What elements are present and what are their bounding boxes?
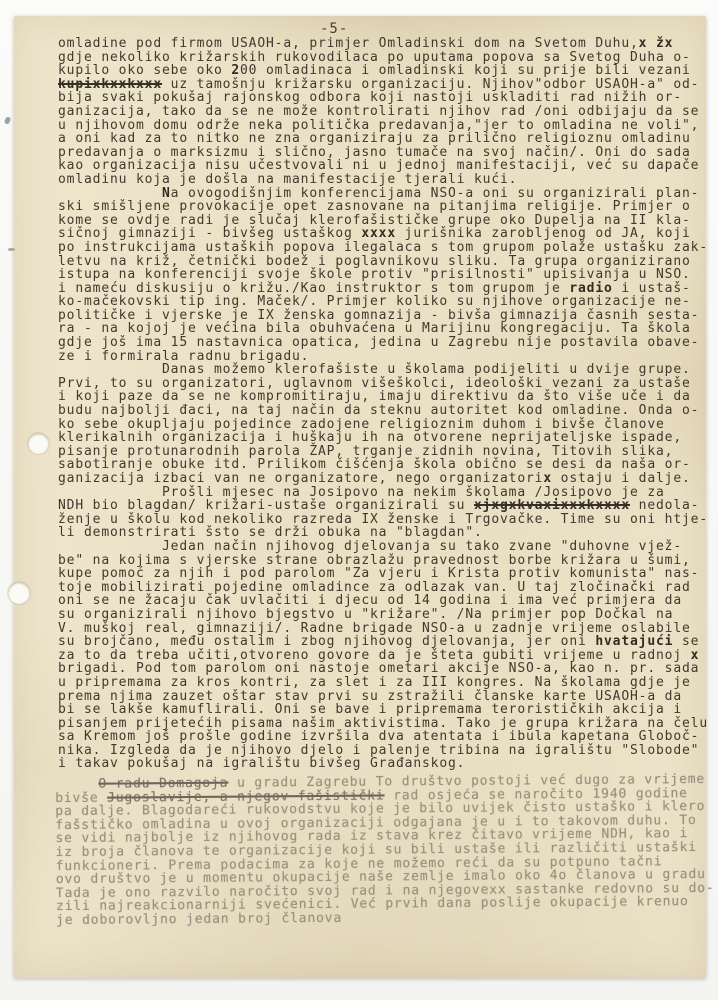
paragraph: omladine pod firmom USAOH-a, primjer Oml… [58, 37, 706, 187]
text-line: su organizirali njihovo bjegstvo u "križ… [58, 608, 706, 622]
punch-hole [28, 433, 49, 454]
text-line: kupe pomoć za njih i pod parolom "Za vje… [58, 567, 706, 581]
text-line: u pripremama za kros kontri, za slet i z… [58, 676, 706, 690]
text-line: ganizacija izbaci van ne organizatore, n… [58, 472, 706, 486]
text-line: pisanjem prijetećih pisama našim aktivis… [58, 717, 706, 731]
text-line: li demonstrirati šsto se drži obuka na "… [58, 526, 706, 540]
text-line: ganizacija, tako da se ne može kontrolir… [58, 105, 706, 119]
text-line: prema njima zauzet oštar stav prvi su zs… [58, 690, 706, 704]
text-line: sičnoj gimnaziji - bivšeg ustaškog xxxx … [58, 227, 706, 241]
text-line: po instrukcijama ustaških popova ilegala… [58, 241, 706, 255]
paragraph: Jedan način njihovog djelovanja su tako … [58, 540, 706, 771]
text-line: istupa na konferenciji svoje škole proti… [58, 268, 706, 282]
text-line: Na ovogodišnjim konferencijama NSO-a oni… [58, 187, 706, 201]
text-line: nika. Izgleda da je njihovo djelo i pale… [58, 744, 706, 758]
text-line: Jedan način njihovog djelovanja su tako … [58, 540, 706, 554]
text-line: pisanje protunarodnih parola ŽAP, trganj… [58, 445, 706, 459]
paragraph: Na ovogodišnjim konferencijama NSO-a oni… [58, 187, 706, 364]
typewritten-text: omladine pod firmom USAOH-a, primjer Oml… [58, 37, 706, 928]
scan-background: -5- omladine pod firmom USAOH-a, primjer… [0, 0, 718, 1000]
paragraph: Danas možemo klerofašiste u školama podi… [58, 363, 706, 485]
text-segment: je doborovljno jedan broj članova [56, 911, 342, 928]
text-line: ra - na kojoj je većina bila obuhvaćena … [58, 322, 706, 336]
document-page: -5- omladine pod firmom USAOH-a, primjer… [14, 16, 706, 978]
text-line: bi se lakše kamuflirali. Oni se bave i p… [58, 703, 706, 717]
text-line: budu najbolji đaci, na taj način da stek… [58, 404, 706, 418]
text-line: klerikalnih organizacija i huškaju ih na… [58, 431, 706, 445]
paragraph: Prošli mjesec na Josipovo na nekim škola… [58, 486, 706, 540]
text-line: omladine pod firmom USAOH-a, primjer Oml… [58, 37, 706, 51]
text-line: bija svaki pokušaj rajonskog odbora koji… [58, 91, 706, 105]
text-line: kupixkxxkxxx uz tamošnju križarsku organ… [58, 78, 706, 92]
page-number: -5- [320, 21, 348, 37]
text-line: Prvi, to su organizatori, uglavnom višeš… [58, 377, 706, 391]
text-line: be" na kojima s vjerske strane obrazlažu… [58, 554, 706, 568]
text-segment: i takav pokušaj na igralištu bivšeg Građ… [58, 756, 465, 771]
text-line: i nameću diskusiju o križu./Kao instrukt… [58, 282, 706, 296]
text-line: kome se ovdje radi je slučaj klerofašist… [58, 214, 706, 228]
text-line: ze i formirala radnu brigadu. [58, 350, 706, 364]
text-line: sa Kremom još prošle godine izvršila dva… [58, 730, 706, 744]
ink-speck [8, 248, 15, 251]
text-line: političke i vjerske je IX ženska gomnazi… [58, 309, 706, 323]
text-line: letvu na križ, četnički bodež i poglavni… [58, 255, 706, 269]
faded-paragraph: O radu Domagoja u gradu Zagrebu To društ… [55, 773, 704, 928]
text-line: kao organizacija nisu učestvovali ni u j… [58, 159, 706, 173]
text-line: toje mobilizirati pojedine omladince za … [58, 581, 706, 595]
text-line: NDH bio blagdan/ križari-ustaše organizi… [58, 499, 706, 513]
text-line: Danas možemo klerofašiste u školama podi… [58, 363, 706, 377]
text-line: kupilo oko sebe oko 200 omladinaca i oml… [58, 64, 706, 78]
text-line: za to da treba učiti,otvoreno govore da … [58, 649, 706, 663]
text-line: ko sebe okupljaju pojedince zadojene rel… [58, 418, 706, 432]
text-line: oni se ne žacaju čak uvlačiti i djecu od… [58, 594, 706, 608]
text-line: ko-mačekovski tip ing. Maček/. Primjer k… [58, 295, 706, 309]
text-line: u njihovom domu održe neka politička pre… [58, 119, 706, 133]
text-line: ski smišljene provokacije opet zasnovane… [58, 200, 706, 214]
text-line: i takav pokušaj na igralištu bivšeg Građ… [58, 757, 706, 771]
text-line: omladinu koja je došla na manifestacije … [58, 173, 706, 187]
text-line: a oni kad za to nitko ne zna organiziraj… [58, 132, 706, 146]
text-line: gdje još ima 15 nastavnica opatica, jedi… [58, 336, 706, 350]
text-line: ženje u školu kod nekoliko razreda IX že… [58, 513, 706, 527]
text-line: Prošli mjesec na Josipovo na nekim škola… [58, 486, 706, 500]
ink-speck [4, 116, 11, 124]
text-line: predavanja o marksizmu i slično, jasno t… [58, 146, 706, 160]
text-line: sabotiranje obuke itd. Prilikom čišćenja… [58, 458, 706, 472]
text-line: i koji paze da se ne kompromitiraju, ima… [58, 390, 706, 404]
text-line: gdje nekoliko križarskih rukovodilaca po… [58, 51, 706, 65]
punch-hole [8, 582, 30, 604]
text-line: brigadi. Pod tom parolom oni nastoje ome… [58, 662, 706, 676]
text-line: su brojčano, među ostalim i zbog njihovo… [58, 635, 706, 649]
text-line: V. muškoj real, gimnaziji/. Radne brigad… [58, 622, 706, 636]
